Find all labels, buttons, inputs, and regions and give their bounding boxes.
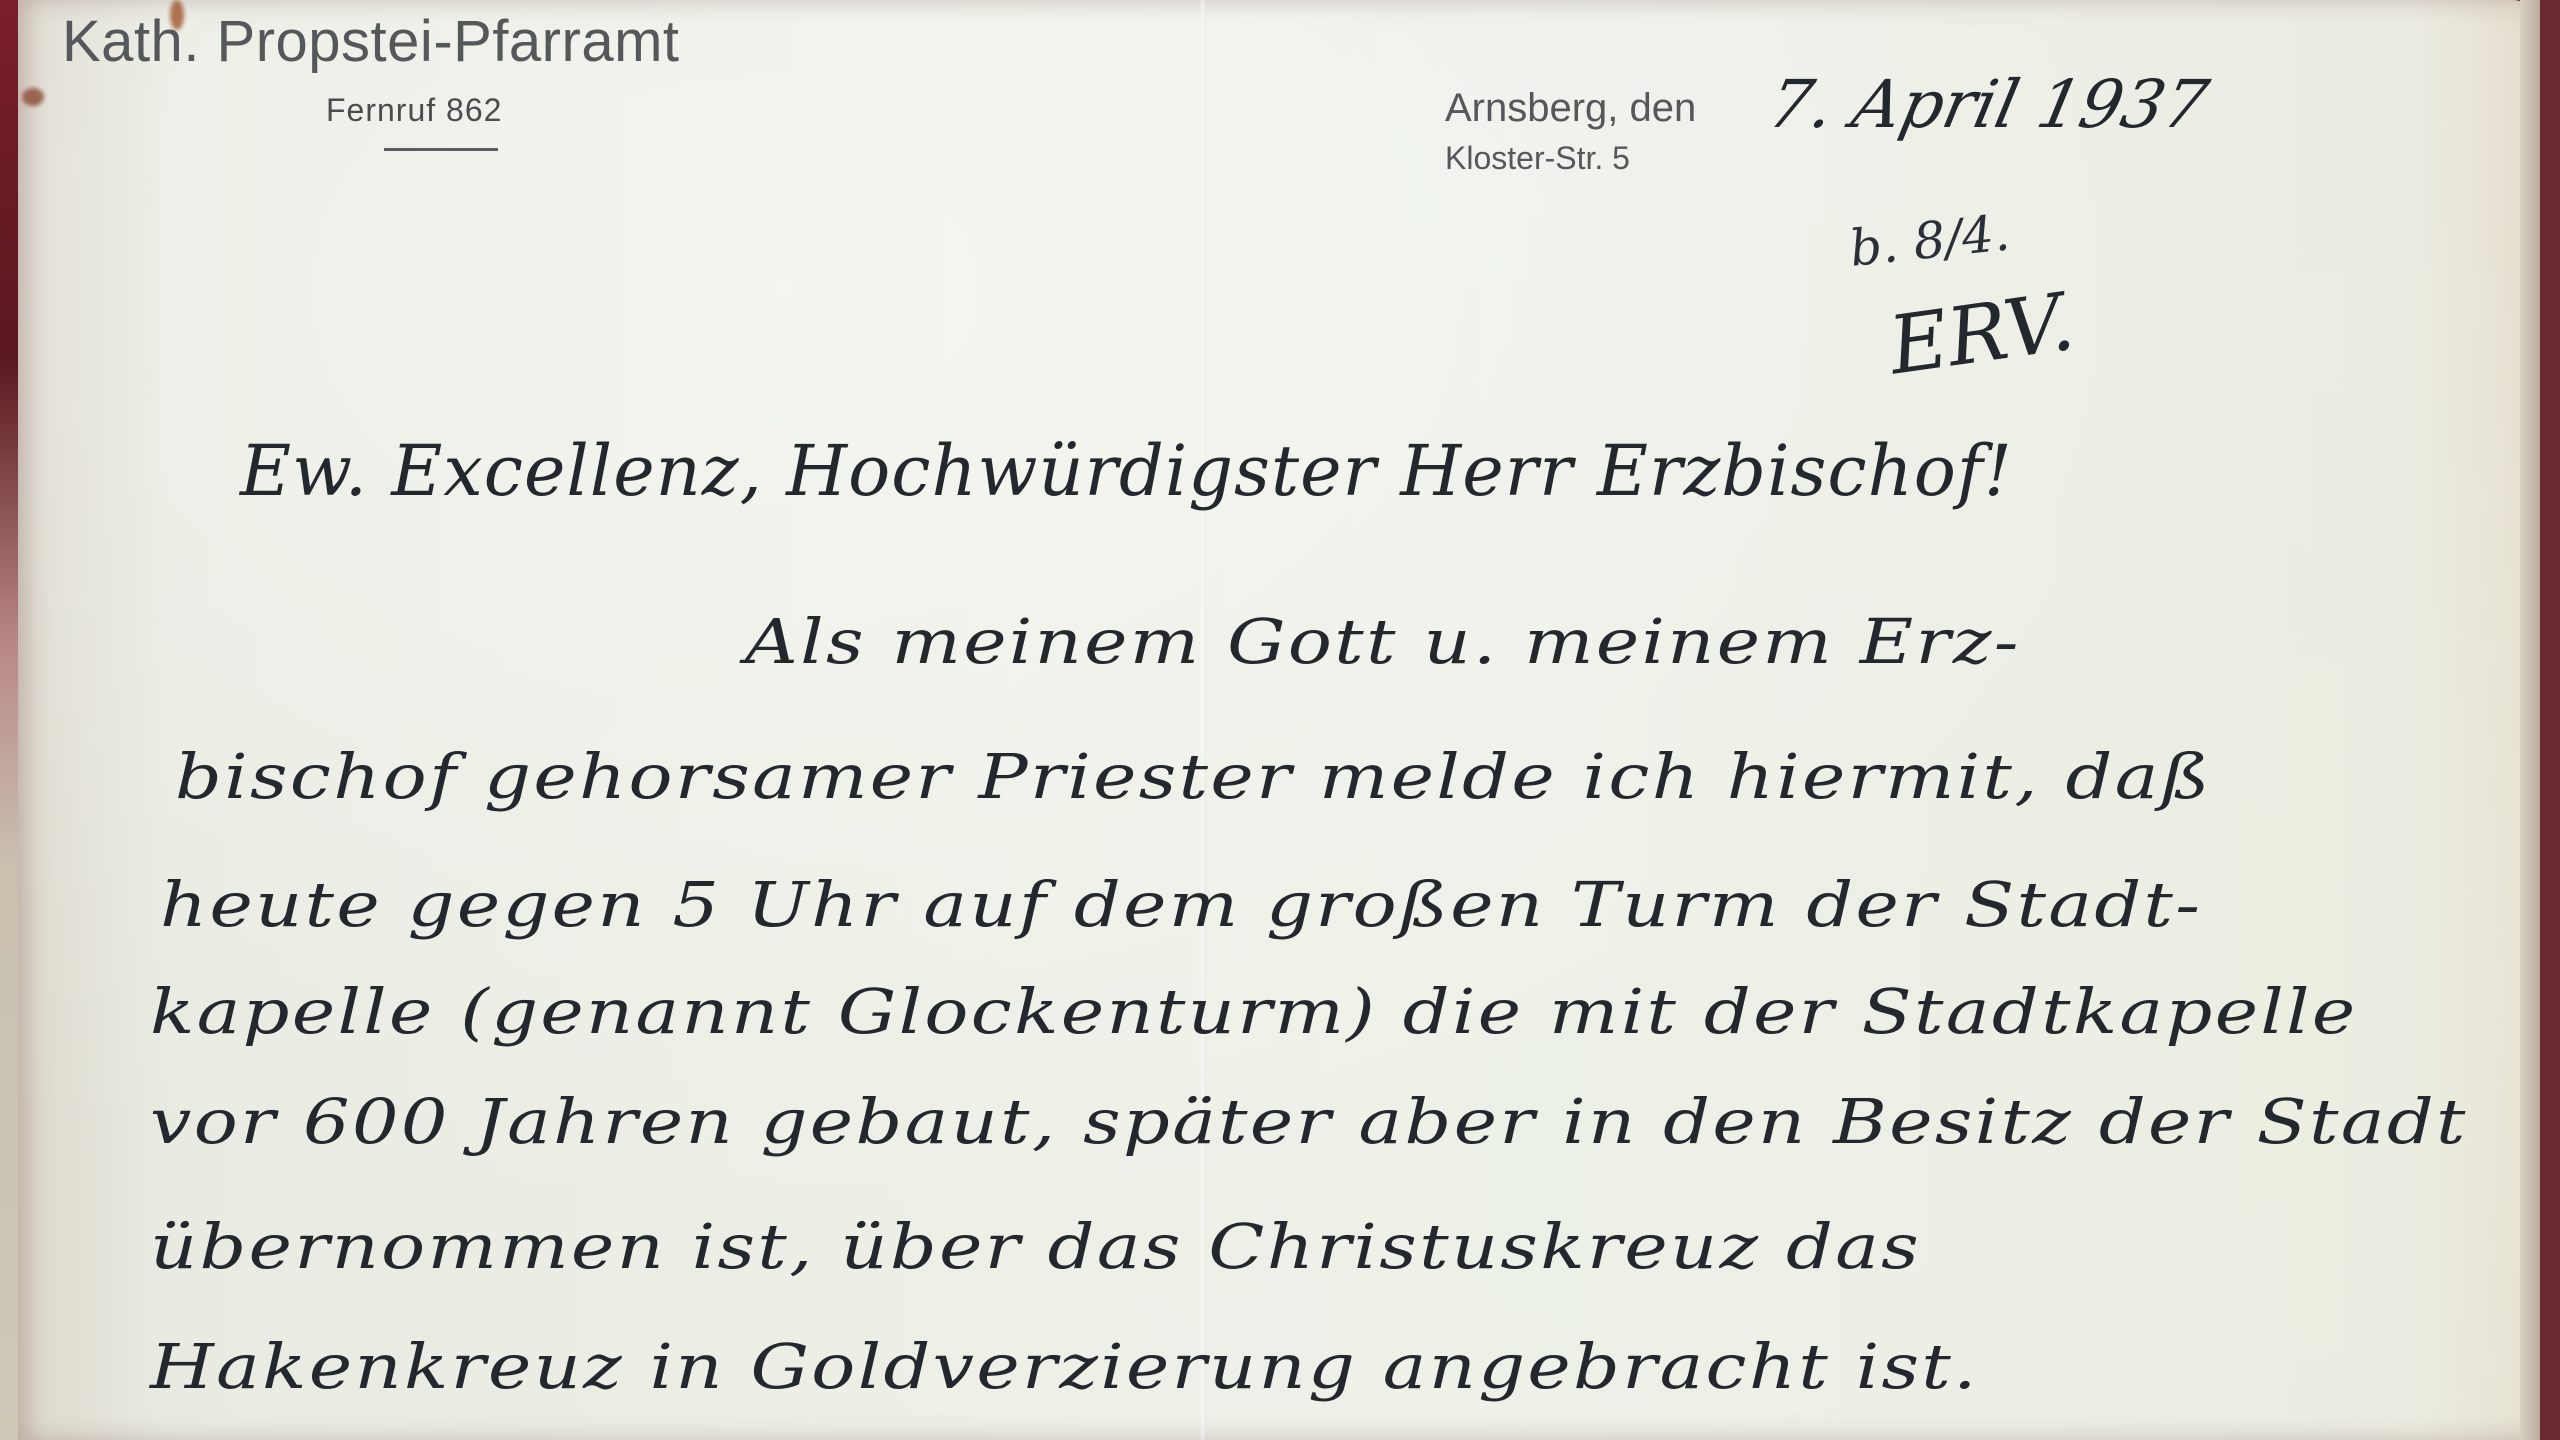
salutation: Ew. Excellenz, Hochwürdigster Herr Erzbi… [240,430,2013,512]
letterhead-phone: Fernruf 862 [326,92,502,129]
body-line: Als meinem Gott u. meinem Erz- [745,605,2021,678]
letterhead-street: Kloster-Str. 5 [1445,140,1630,177]
letterhead-place: Arnsberg, den [1445,86,1696,131]
letterhead-divider [384,148,498,151]
handwritten-date: 7. April 1937 [1762,66,2215,143]
body-line: vor 600 Jahren gebaut, später aber in de… [150,1085,2468,1158]
body-line: kapelle (genannt Glockenturm) die mit de… [150,975,2358,1048]
page-right-edge [2520,0,2540,1440]
body-line: Hakenkreuz in Goldverzierung angebracht … [150,1330,1979,1403]
body-line: bischof gehorsamer Priester melde ich hi… [175,740,2212,813]
body-line: übernommen ist, über das Christuskreuz d… [150,1210,1921,1283]
ink-stain [22,88,44,106]
body-line: heute gegen 5 Uhr auf dem großen Turm de… [160,868,2202,941]
letterhead-organization: Kath. Propstei-Pfarramt [62,8,680,75]
